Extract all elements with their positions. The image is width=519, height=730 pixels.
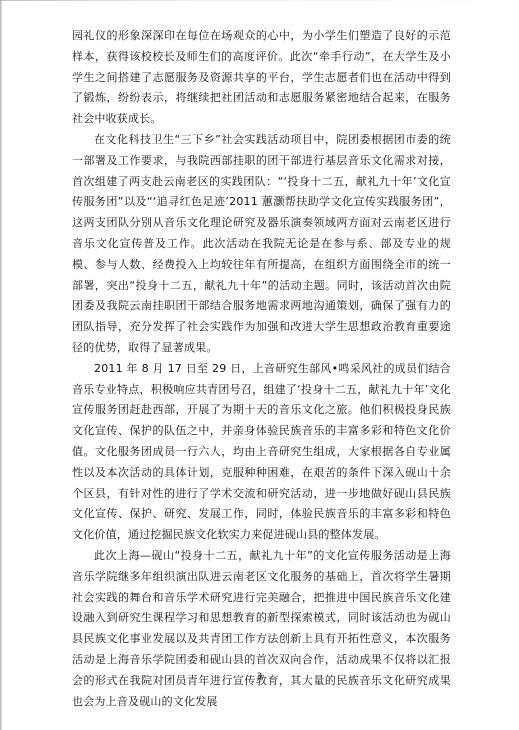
- page-left-edge: [0, 0, 2, 730]
- paragraph-continuation: 园礼仪的形象深深印在每位在场观众的心中，为小学生们塑造了良好的示范样本，获得该校…: [72, 26, 451, 130]
- page-body-text: 园礼仪的形象深深印在每位在场观众的心中，为小学生们塑造了良好的示范样本，获得该校…: [72, 26, 451, 712]
- document-page: 园礼仪的形象深深印在每位在场观众的心中，为小学生们塑造了良好的示范样本，获得该校…: [0, 0, 519, 730]
- paragraph-shanghai-yanshan-cooperation: 此次上海—砚山“投身十二五，献礼九十年”的文化宣传服务活动是上海音乐学院继多年组…: [72, 546, 451, 712]
- page-number: 3: [0, 671, 519, 683]
- paragraph-fengming-caifeng-trip: 2011 年 8 月 17 日至 29 日，上音研究生部风•鸣采风社的成员们结合…: [72, 359, 451, 546]
- paragraph-sanxiaxiang-project: 在文化科技卫生“三下乡”社会实践活动项目中，院团委根据团市委的统一部署及工作要求…: [72, 130, 451, 359]
- page-top-edge: [0, 0, 519, 1]
